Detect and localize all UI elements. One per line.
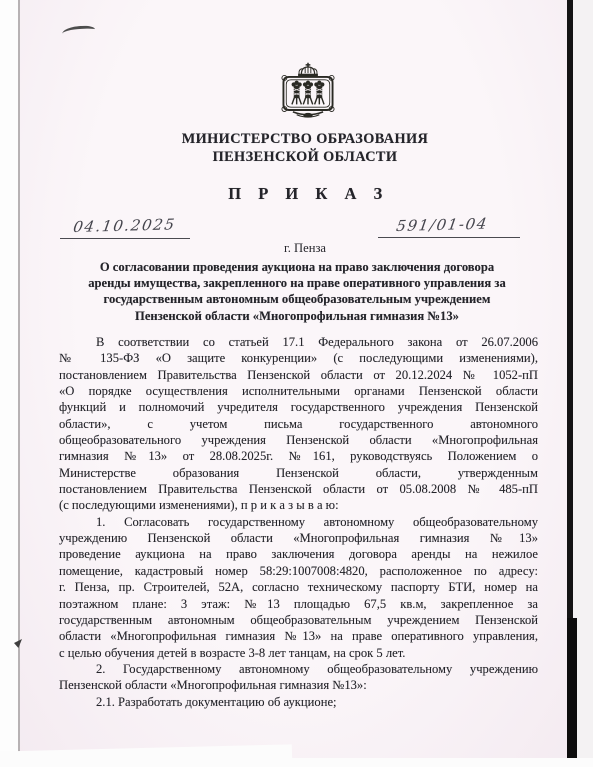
date-field: 04.10.2025 (60, 212, 190, 239)
text-line: г. Пенза, пр. Строителей, 52А, согласно … (59, 579, 538, 595)
text-line: проведение аукциона на право заключения … (59, 546, 538, 562)
text-line: государственным автономным общеобразоват… (59, 612, 538, 628)
text-line: области», с учетом письма государственно… (59, 416, 538, 432)
text-line: постановлением Правительства Пензенской … (59, 367, 538, 383)
order-item-1: 1. Согласовать государственному автономн… (59, 514, 538, 661)
text-line: «О порядке осуществления исполнительными… (59, 383, 538, 399)
text-line: Пензенской области «Многопрофильная гимн… (59, 677, 538, 693)
text-line: Пензенской области «Многопрофильная гимн… (57, 308, 537, 324)
text-line: поэтажном плане: 3 этаж: №13 площадью 67… (59, 596, 538, 612)
text-line: аренды имущества, закрепленного на праве… (57, 275, 537, 291)
text-line: с целью обучения детей в возрасте 3-8 ле… (59, 645, 538, 661)
text-line: (с последующими изменениями), п р и к а … (59, 497, 538, 513)
scan-edge-shadow-right-lower (567, 618, 577, 760)
number-field: 591/01-04 (378, 211, 520, 238)
text-line: учреждению Пензенской области «Многопроф… (59, 530, 538, 546)
city-label: г. Пенза (20, 241, 590, 256)
text-line: В соответствии со статьей 17.1 Федеральн… (59, 334, 538, 350)
text-line: Министерстве образования Пензенской обла… (59, 465, 538, 481)
order-body: В соответствии со статьей 17.1 Федеральн… (59, 334, 538, 710)
text-line: области «Многопрофильная гимназия №13» н… (59, 628, 538, 644)
preamble-paragraph: В соответствии со статьей 17.1 Федеральн… (59, 334, 538, 514)
text-line: 2.1. Разработать документацию об аукцион… (59, 694, 538, 710)
order-item-2-1: 2.1. Разработать документацию об аукцион… (59, 694, 538, 710)
ministry-name: МИНИСТЕРСТВО ОБРАЗОВАНИЯ ПЕНЗЕНСКОЙ ОБЛА… (20, 131, 590, 166)
text-line: государственным автономным общеобразоват… (57, 291, 537, 307)
handwritten-date: 04.10.2025 (72, 215, 177, 236)
text-line: помещение, кадастровый номер 58:29:10070… (59, 563, 538, 579)
text-line: гимназия №13» от 28.08.2025г. №161, руко… (59, 448, 538, 464)
text-line: О согласовании проведения аукциона на пр… (57, 259, 537, 275)
text-line: функций и полномочий учредителя государс… (59, 399, 538, 415)
text-line: общеобразовательного учреждения Пензенск… (59, 432, 538, 448)
subject-heading: О согласовании проведения аукциона на пр… (57, 259, 537, 324)
handwritten-number: 591/01-04 (395, 215, 489, 235)
ministry-name-line2: ПЕНЗЕНСКОЙ ОБЛАСТИ (20, 149, 590, 167)
text-line: 1. Согласовать государственному автономн… (59, 514, 538, 530)
scanned-order-page: МИНИСТЕРСТВО ОБРАЗОВАНИЯ ПЕНЗЕНСКОЙ ОБЛА… (0, 0, 593, 767)
document-type-title: П Р И К А З (20, 184, 590, 204)
text-line: № 135-ФЗ «О защите конкуренции» (с после… (59, 350, 538, 366)
coat-of-arms-icon (274, 61, 342, 125)
ministry-name-line1: МИНИСТЕРСТВО ОБРАЗОВАНИЯ (20, 131, 590, 149)
text-line: постановлением Правительства Пензенской … (59, 481, 538, 497)
text-line: 2. Государственному автономному общеобра… (59, 661, 538, 677)
scanner-bed-bottom (0, 758, 593, 767)
order-item-2: 2. Государственному автономному общеобра… (59, 661, 538, 694)
